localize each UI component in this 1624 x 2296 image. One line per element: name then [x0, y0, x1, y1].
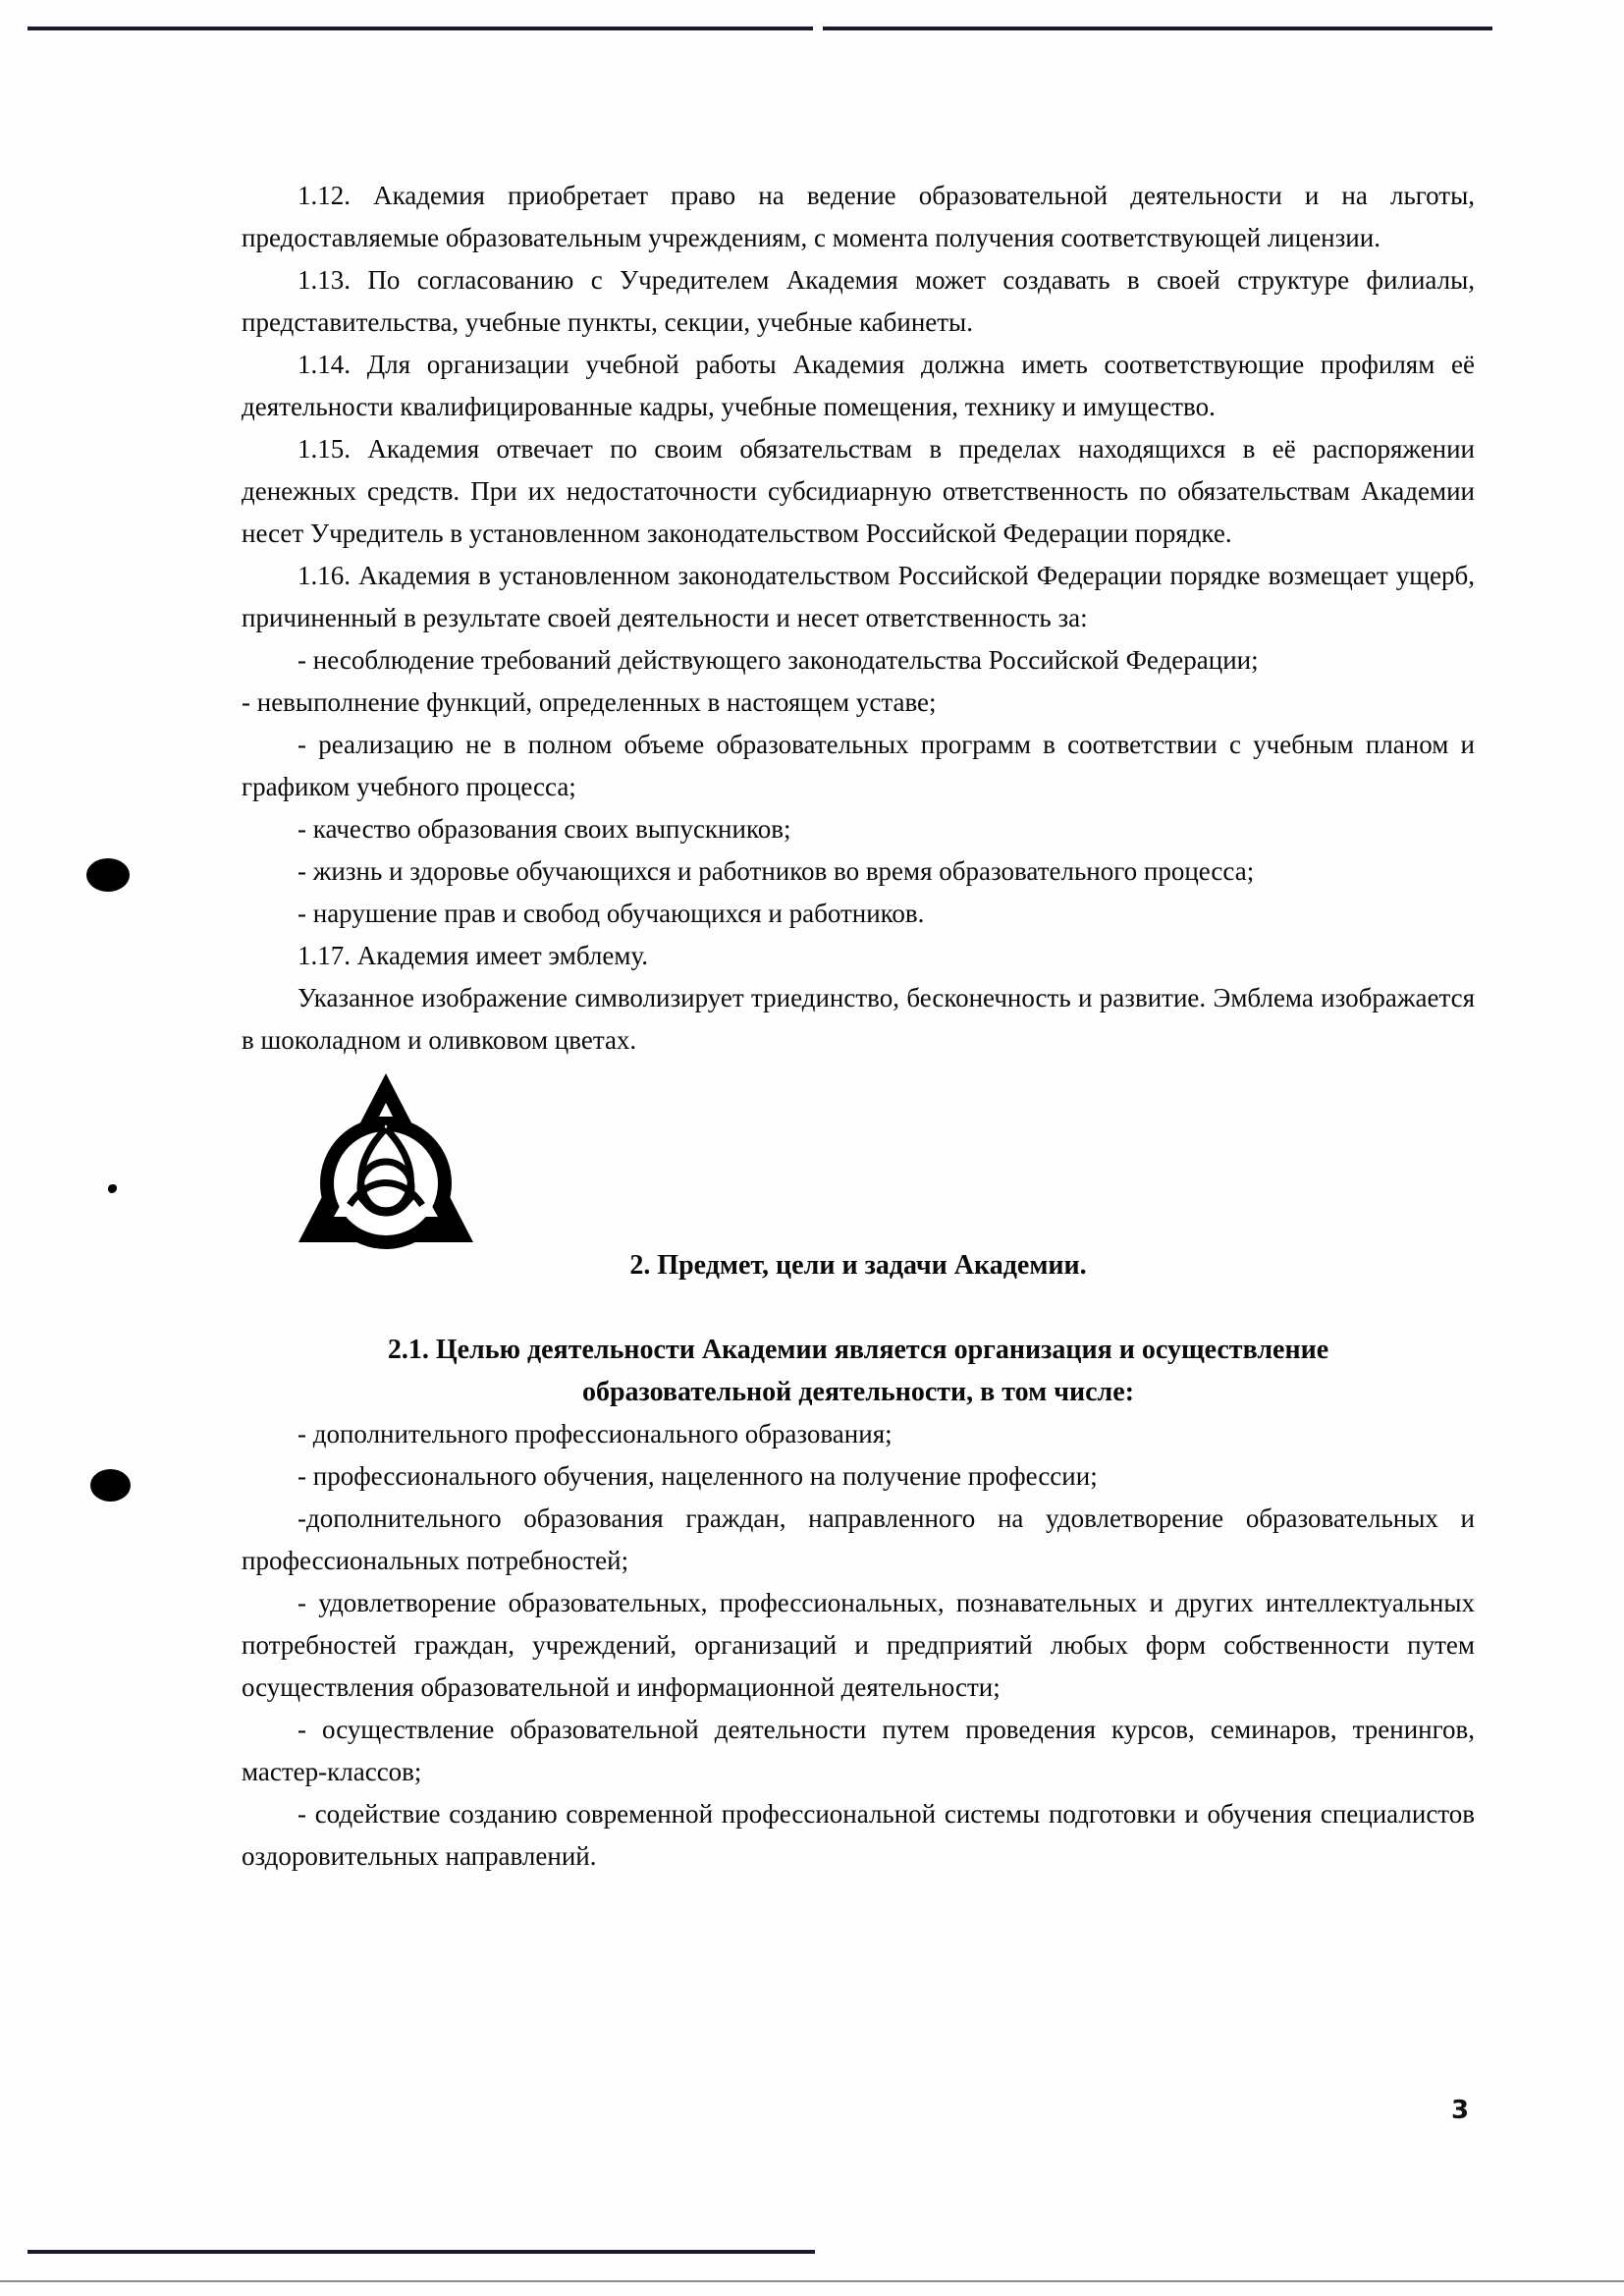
- liability-item: - несоблюдение требований действующего з…: [242, 639, 1475, 682]
- text-column: 1.12. Академия приобретает право на веде…: [242, 175, 1475, 1878]
- top-rule-right: [823, 27, 1492, 30]
- document-page: 1.12. Академия приобретает право на веде…: [0, 0, 1624, 2296]
- goal-item: -дополнительного образования граждан, на…: [242, 1498, 1475, 1582]
- liability-item: - нарушение прав и свобод обучающихся и …: [242, 893, 1475, 935]
- clause-2-1-heading-line1: 2.1. Целью деятельности Академии являетс…: [242, 1329, 1475, 1371]
- goal-item: - дополнительного профессионального обра…: [242, 1413, 1475, 1455]
- top-rule-left: [27, 27, 813, 30]
- clause-1-14: 1.14. Для организации учебной работы Ака…: [242, 344, 1475, 428]
- liability-item: - невыполнение функций, определенных в н…: [242, 682, 1475, 724]
- clause-1-13: 1.13. По согласованию с Учредителем Акад…: [242, 259, 1475, 344]
- punch-hole-bottom: [90, 1469, 131, 1502]
- bottom-rule-full: [0, 2280, 1624, 2282]
- emblem-description: Указанное изображение символизирует трие…: [242, 977, 1475, 1062]
- goal-item: - удовлетворение образовательных, профес…: [242, 1582, 1475, 1709]
- clause-1-15: 1.15. Академия отвечает по своим обязате…: [242, 428, 1475, 555]
- liability-item: - качество образования своих выпускников…: [242, 808, 1475, 850]
- bottom-rule-left: [27, 2250, 815, 2254]
- academy-emblem-icon: [293, 1067, 479, 1250]
- liability-item: - жизнь и здоровье обучающихся и работни…: [242, 850, 1475, 893]
- liability-item: - реализацию не в полном объеме образова…: [242, 724, 1475, 808]
- clause-1-12: 1.12. Академия приобретает право на веде…: [242, 175, 1475, 259]
- clause-1-16: 1.16. Академия в установленном законодат…: [242, 555, 1475, 639]
- goal-item: - содействие созданию современной профес…: [242, 1793, 1475, 1878]
- page-number: 3: [1451, 2096, 1469, 2125]
- triquetra-icon: [293, 1067, 479, 1250]
- ink-blot: [108, 1184, 117, 1193]
- punch-hole-top: [86, 858, 130, 892]
- section-2-heading: 2. Предмет, цели и задачи Академии.: [242, 1244, 1475, 1286]
- clause-2-1-heading-line2: образовательной деятельности, в том числ…: [242, 1371, 1475, 1413]
- clause-1-17: 1.17. Академия имеет эмблему.: [242, 935, 1475, 977]
- goal-item: - профессионального обучения, нацеленног…: [242, 1455, 1475, 1498]
- goal-item: - осуществление образовательной деятельн…: [242, 1709, 1475, 1793]
